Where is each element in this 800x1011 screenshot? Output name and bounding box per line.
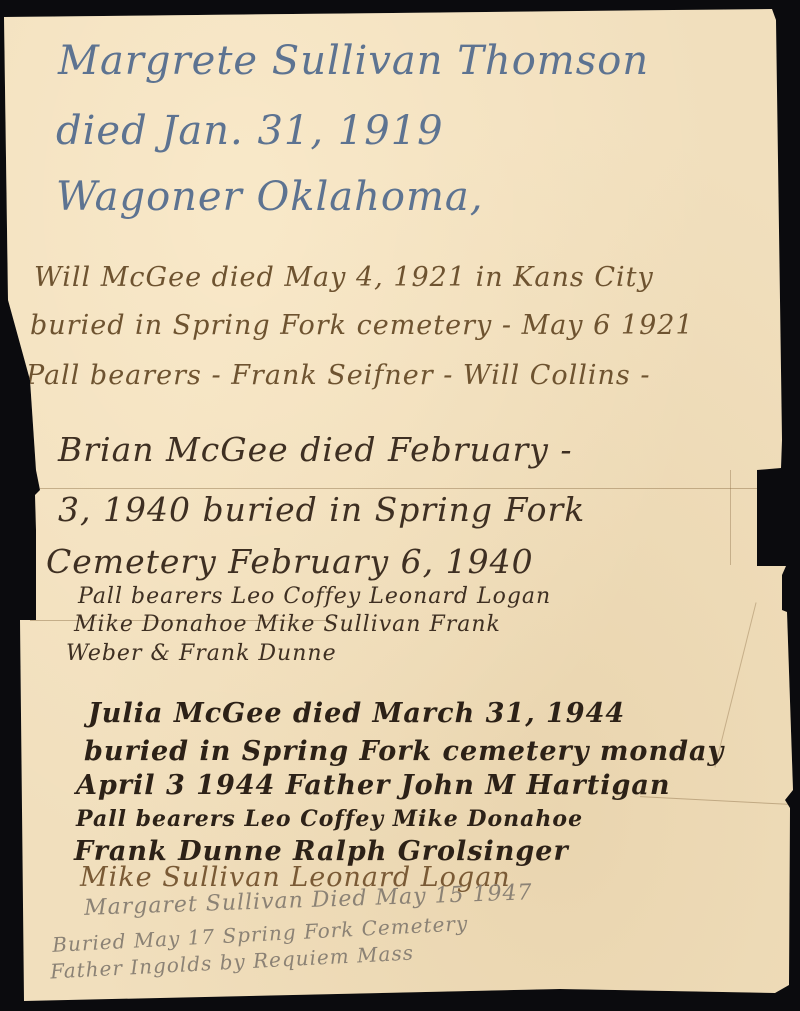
entry-3-line-5: Mike Donahoe Mike Sullivan Frank: [74, 612, 501, 637]
entry-2-line-1: Will McGee died May 4, 1921 in Kans City: [34, 262, 654, 293]
entry-2-line-3: Pall bearers - Frank Seifner - Will Coll…: [26, 360, 650, 391]
entry-4-line-1: Julia McGee died March 31, 1944: [88, 698, 625, 729]
entry-3-line-4: Pall bearers Leo Coffey Leonard Logan: [78, 584, 551, 609]
entry-1-line-1: Margrete Sullivan Thomson: [58, 38, 649, 84]
entry-3-line-2: 3, 1940 buried in Spring Fork: [58, 490, 585, 529]
entry-4-line-4: Pall bearers Leo Coffey Mike Donahoe: [76, 806, 583, 832]
entry-1-line-2: died Jan. 31, 1919: [56, 108, 444, 154]
entry-4-line-2: buried in Spring Fork cemetery monday: [84, 736, 724, 767]
paper-tear: [730, 470, 731, 565]
entry-1-line-3: Wagoner Oklahoma,: [56, 174, 483, 220]
entry-3-line-6: Weber & Frank Dunne: [66, 641, 337, 666]
entry-2-line-2: buried in Spring Fork cemetery - May 6 1…: [30, 310, 694, 341]
entry-3-line-1: Brian McGee died February -: [58, 430, 573, 469]
document-paper: Margrete Sullivan Thomson died Jan. 31, …: [0, 0, 800, 1011]
paper-fold-line: [36, 488, 781, 489]
entry-3-line-3: Cemetery February 6, 1940: [46, 542, 534, 581]
entry-4-line-3: April 3 1944 Father John M Hartigan: [76, 770, 671, 801]
